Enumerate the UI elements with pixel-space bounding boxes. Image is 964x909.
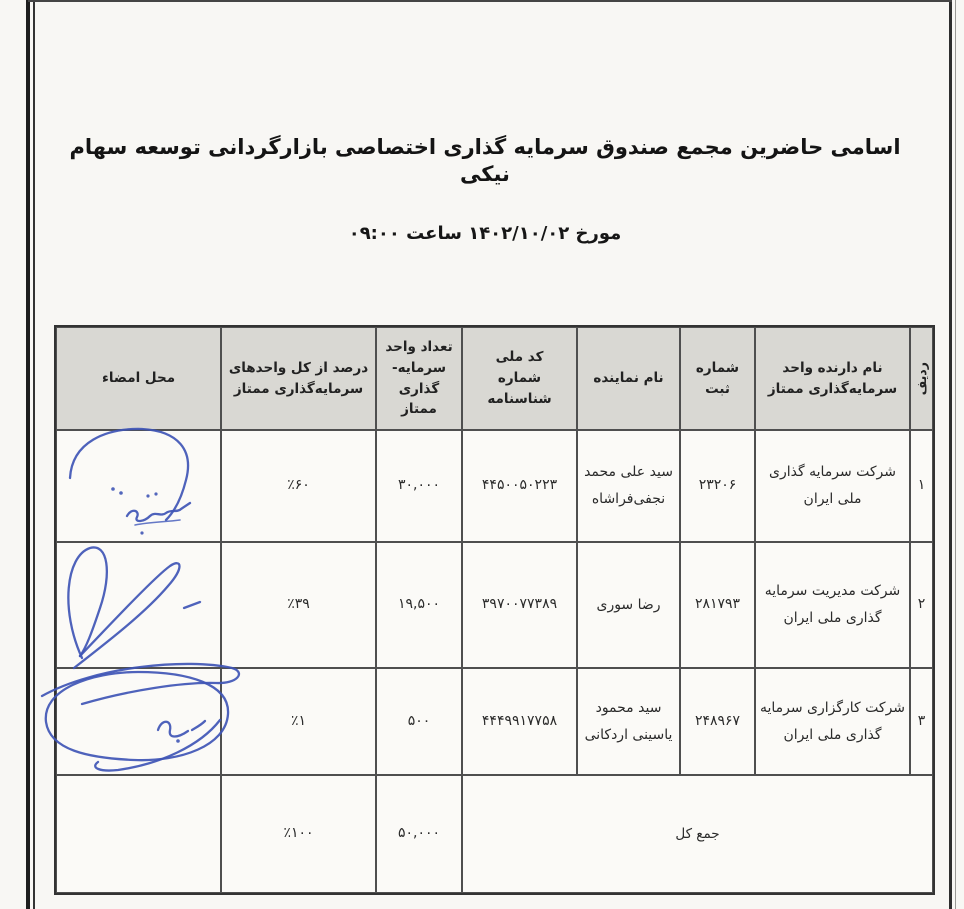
- header-national-id: کد ملی شماره شناسنامه: [462, 327, 577, 430]
- row1-representative-line2: نجفی‌فراشاه: [592, 486, 665, 513]
- row3-representative-line1: سید محمود: [596, 695, 662, 722]
- row1-representative: سید علی محمد نجفی‌فراشاه: [577, 430, 680, 542]
- scan-border-left-inner: [33, 0, 35, 909]
- row2-registration-number: ۲۸۱۷۹۳: [680, 542, 755, 668]
- row1-holder-line1: شرکت سرمایه گذاری: [769, 459, 896, 486]
- scan-border-right: [949, 0, 952, 909]
- header-percent-of-total: درصد از کل واحدهای سرمایه‌گذاری ممتاز: [221, 327, 376, 430]
- row1-national-id: ۴۴۵۰۰۵۰۲۲۳: [462, 430, 577, 542]
- scan-border-right-faint: [955, 0, 956, 909]
- attendees-table: ردیف نام دارنده واحد سرمایه‌گذاری ممتاز …: [54, 325, 935, 895]
- header-registration-number: شماره ثبت: [680, 327, 755, 430]
- header-row-number-label: ردیف: [912, 362, 931, 395]
- header-signature-place: محل امضاء: [56, 327, 221, 430]
- scanned-document-page: اسامی حاضرین مجمع صندوق سرمایه گذاری اخت…: [0, 0, 964, 909]
- row3-number: ۳: [910, 668, 933, 775]
- header-holder-line2: سرمایه‌گذاری ممتاز: [768, 379, 897, 400]
- header-units-count: تعداد واحد سرمایه- گذاری ممتاز: [376, 327, 462, 430]
- header-units-line1: تعداد واحد: [385, 337, 452, 358]
- header-holder-line1: نام دارنده واحد: [782, 358, 882, 379]
- header-units-line2: سرمایه-: [392, 358, 446, 379]
- row2-national-id: ۳۹۷۰۰۷۷۳۸۹: [462, 542, 577, 668]
- total-percent: ٪۱۰۰: [221, 775, 376, 893]
- total-label-cell: جمع کل: [462, 775, 933, 893]
- row1-representative-line1: سید علی محمد: [584, 459, 673, 486]
- row3-units: ۵۰۰: [376, 668, 462, 775]
- row1-holder-line2: ملی ایران: [804, 486, 862, 513]
- row2-representative: رضا سوری: [577, 542, 680, 668]
- total-signature-cell: [56, 775, 221, 893]
- row2-holder-line2: گذاری ملی ایران: [784, 605, 882, 632]
- row3-holder-line2: گذاری ملی ایران: [784, 722, 882, 749]
- header-percent-line2: سرمایه‌گذاری ممتاز: [234, 379, 363, 400]
- row1-holder: شرکت سرمایه گذاری ملی ایران: [755, 430, 910, 542]
- row3-registration-number: ۲۴۸۹۶۷: [680, 668, 755, 775]
- scan-border-top: [28, 0, 952, 2]
- row1-units: ۳۰,۰۰۰: [376, 430, 462, 542]
- row2-representative-line1: رضا سوری: [596, 592, 660, 619]
- header-percent-line1: درصد از کل واحدهای: [229, 358, 368, 379]
- header-representative: نام نماینده: [577, 327, 680, 430]
- row2-number: ۲: [910, 542, 933, 668]
- row3-holder-line1: شرکت کارگزاری سرمایه: [760, 695, 905, 722]
- document-date-time: مورخ ۱۴۰۲/۱۰/۰۲ ساعت ۰۹:۰۰: [60, 223, 910, 244]
- row3-signature-cell: [56, 668, 221, 775]
- row3-representative: سید محمود یاسینی اردکانی: [577, 668, 680, 775]
- document-title: اسامی حاضرین مجمع صندوق سرمایه گذاری اخت…: [60, 134, 910, 189]
- row1-number: ۱: [910, 430, 933, 542]
- row3-national-id: ۴۴۴۹۹۱۷۷۵۸: [462, 668, 577, 775]
- row3-representative-line2: یاسینی اردکانی: [585, 722, 673, 749]
- row1-percent: ٪۶۰: [221, 430, 376, 542]
- row3-percent: ٪۱: [221, 668, 376, 775]
- row1-signature-cell: [56, 430, 221, 542]
- row1-registration-number: ۲۳۲۰۶: [680, 430, 755, 542]
- row2-holder: شرکت مدیریت سرمایه گذاری ملی ایران: [755, 542, 910, 668]
- row2-percent: ٪۳۹: [221, 542, 376, 668]
- header-national-id-line1: کد ملی: [496, 347, 544, 368]
- row2-holder-line1: شرکت مدیریت سرمایه: [765, 578, 901, 605]
- header-holder-name: نام دارنده واحد سرمایه‌گذاری ممتاز: [755, 327, 910, 430]
- scan-border-left-outer: [26, 0, 30, 909]
- row3-holder: شرکت کارگزاری سرمایه گذاری ملی ایران: [755, 668, 910, 775]
- row2-signature-cell: [56, 542, 221, 668]
- header-row-number: ردیف: [910, 327, 933, 430]
- row2-units: ۱۹,۵۰۰: [376, 542, 462, 668]
- header-national-id-line2: شماره شناسنامه: [466, 368, 573, 410]
- header-units-line3: گذاری ممتاز: [380, 379, 458, 421]
- total-units: ۵۰,۰۰۰: [376, 775, 462, 893]
- document-title-block: اسامی حاضرین مجمع صندوق سرمایه گذاری اخت…: [60, 134, 910, 244]
